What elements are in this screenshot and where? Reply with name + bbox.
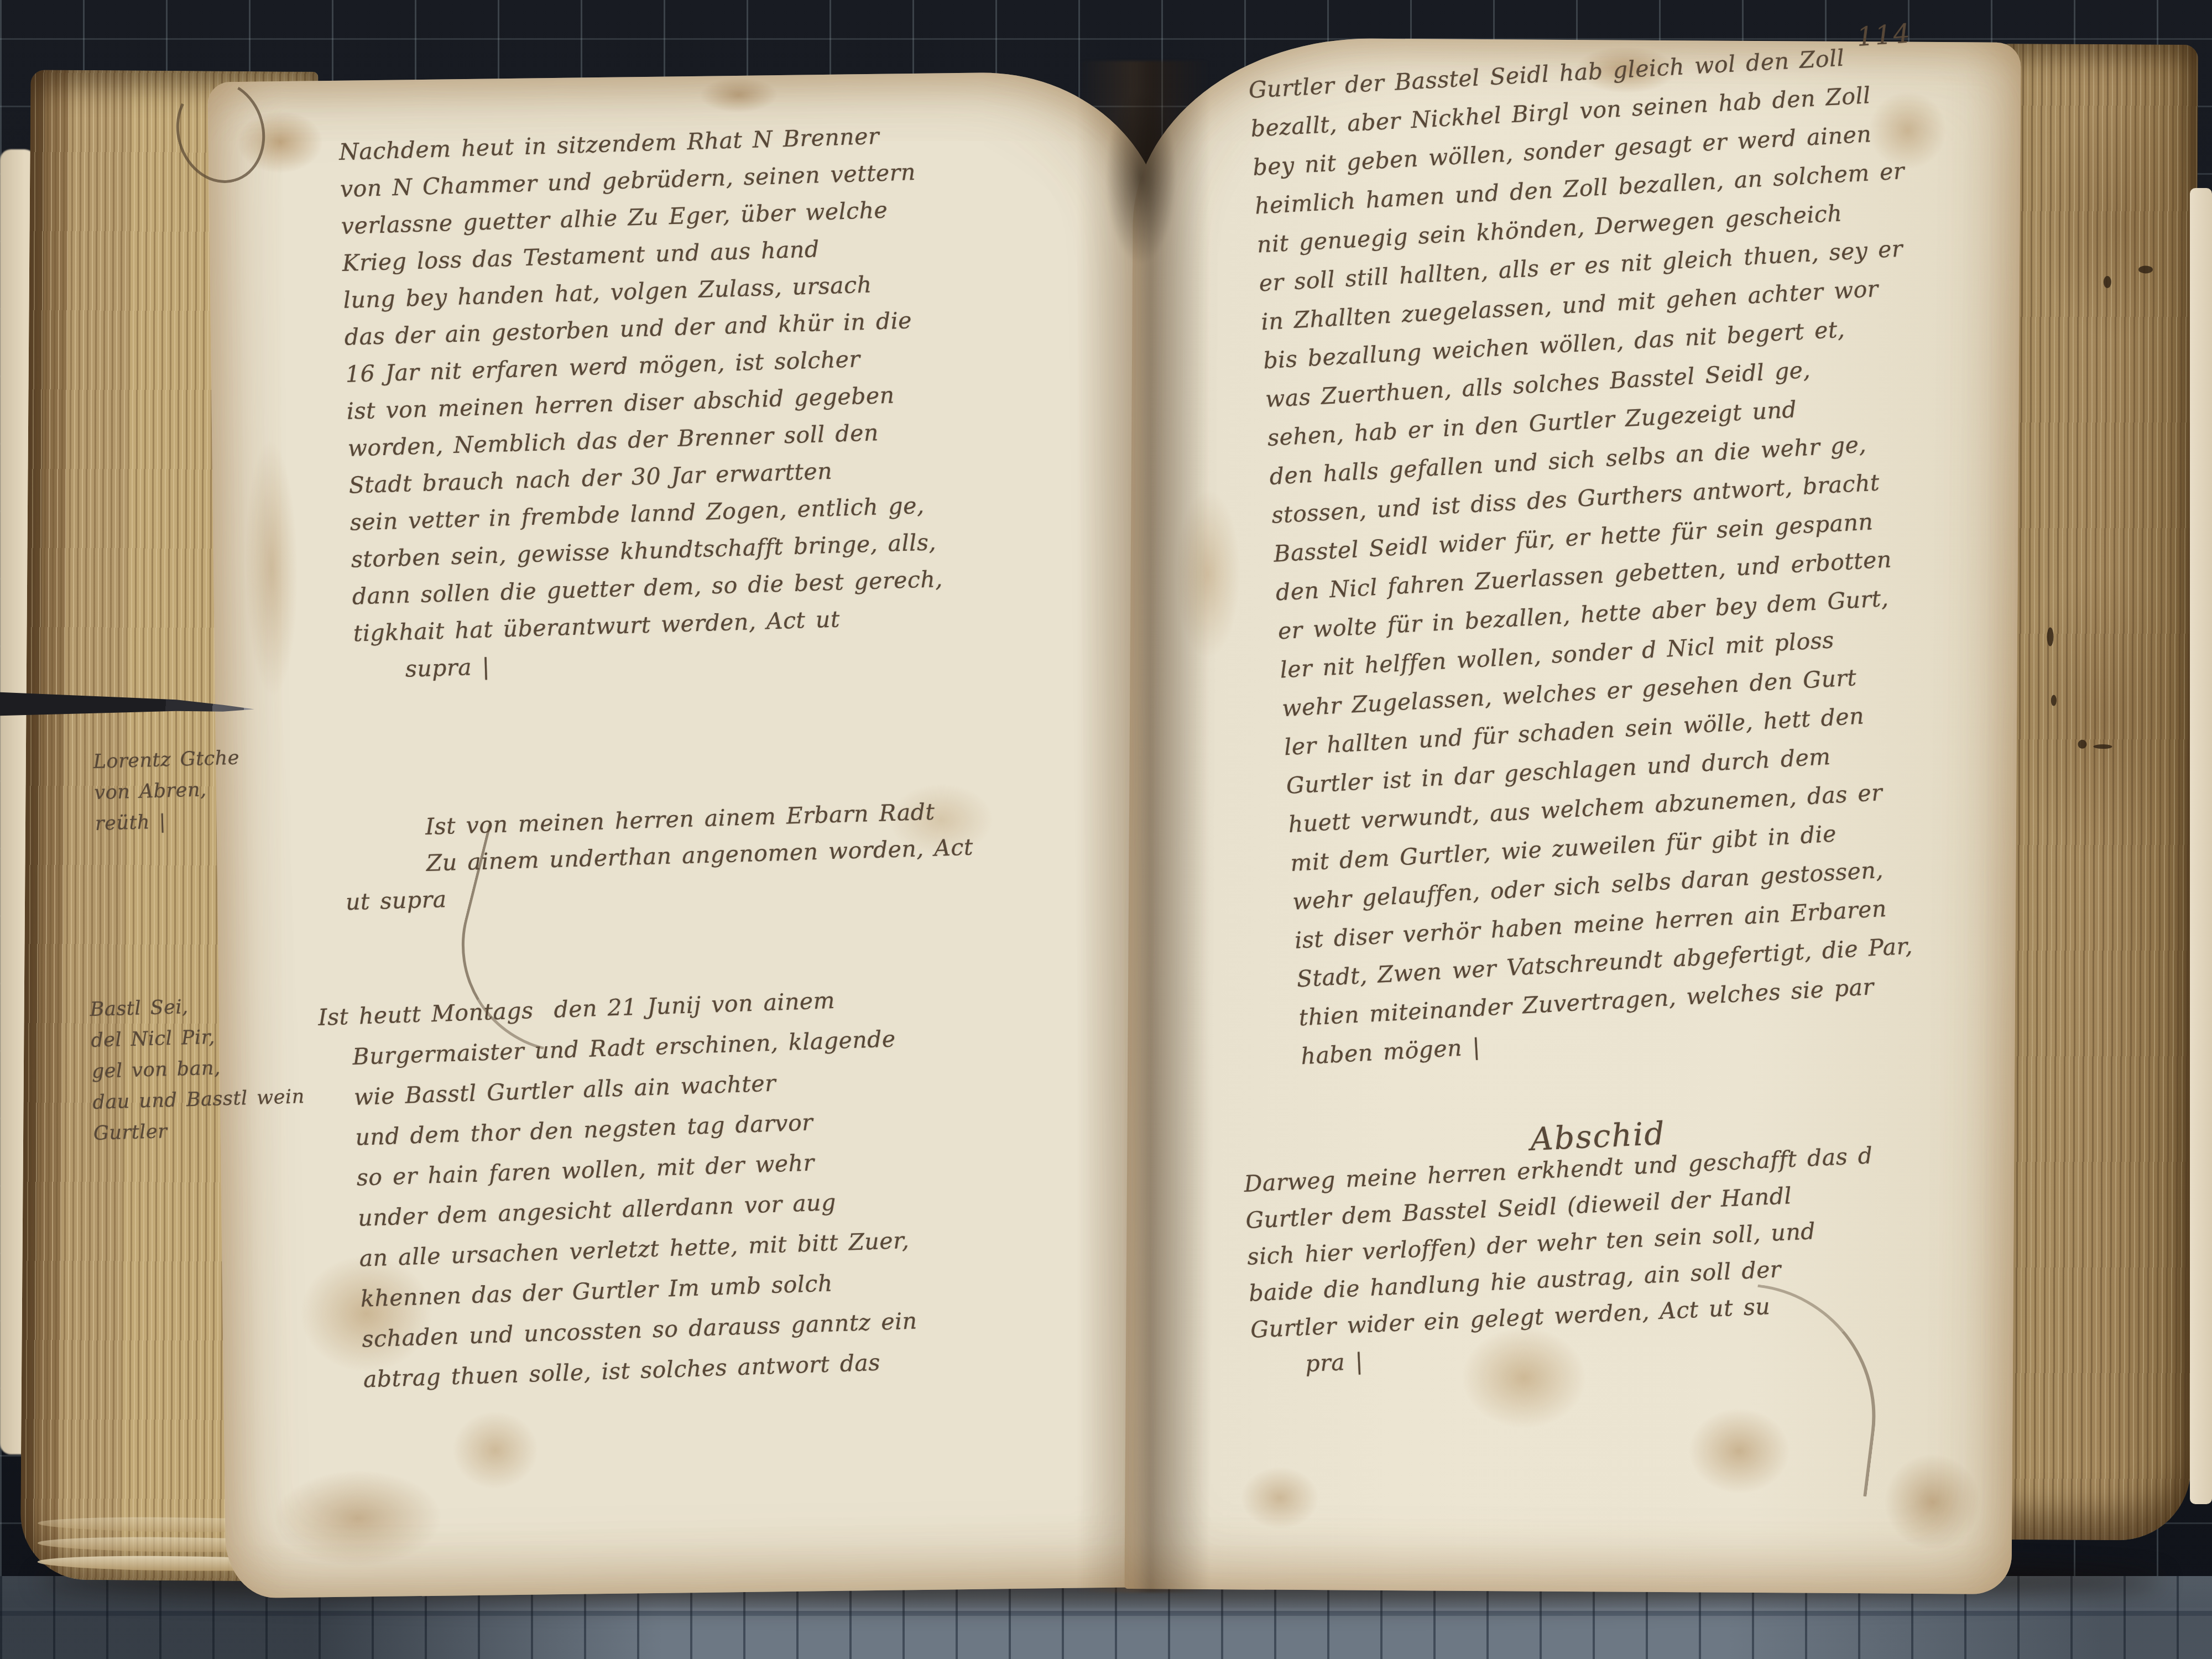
paper-stain: [233, 391, 310, 746]
paper-stain: [1667, 1390, 1811, 1512]
ink-stain: [2093, 744, 2112, 749]
ink-stain: [2047, 627, 2054, 646]
manuscript-line: Gurtler: [93, 1112, 306, 1149]
paper-stain: [1866, 1435, 1999, 1568]
left-margin-note-2: Bastl Sei,del Nicl Pir,gel von ban,dau u…: [90, 988, 306, 1149]
manuscript-line: von Abren,: [94, 774, 241, 808]
manuscript-line: reüth |: [95, 805, 242, 839]
manuscript-line: dau und Basstl wein: [92, 1081, 305, 1118]
manuscript-line: Lorentz Gtche: [93, 743, 240, 778]
ink-stain: [2104, 276, 2111, 288]
left-margin-note-1: Lorentz Gtchevon Abren,reüth |: [93, 743, 242, 839]
paper-stain: [1224, 1453, 1335, 1542]
left-entry-1-paragraph: Nachdem heut in sitzendem Rhat N Brenner…: [338, 116, 946, 689]
paper-stain: [241, 1451, 475, 1586]
gutter-fold-shadow: [1077, 61, 1210, 1593]
paper-stain: [219, 97, 342, 187]
ink-stain: [2051, 695, 2056, 706]
paper-stain: [434, 1394, 556, 1506]
ink-stain: [2138, 266, 2153, 274]
ink-stain: [2078, 740, 2086, 749]
right-page-body: Gurtler der Basstel Seidl hab gleich wol…: [1248, 35, 1952, 1076]
endpaper-strip: [2190, 188, 2212, 1504]
right-page-closing-paragraph: Darweg meine herren erkhendt und geschaf…: [1243, 1137, 1882, 1384]
left-entry-3-paragraph: Ist heutt Montags den 21 Junij von ainem…: [351, 978, 919, 1400]
manuscript-photo: Nachdem heut in sitzendem Rhat N Brenner…: [0, 0, 2212, 1659]
paper-stain: [683, 70, 794, 121]
folio-number: 114: [1856, 18, 1912, 53]
right-page-block-fore-edge: [1996, 44, 2198, 1541]
left-entry-2-paragraph: Ist von meinen herren ainem Erbarn RadtZ…: [425, 792, 975, 918]
